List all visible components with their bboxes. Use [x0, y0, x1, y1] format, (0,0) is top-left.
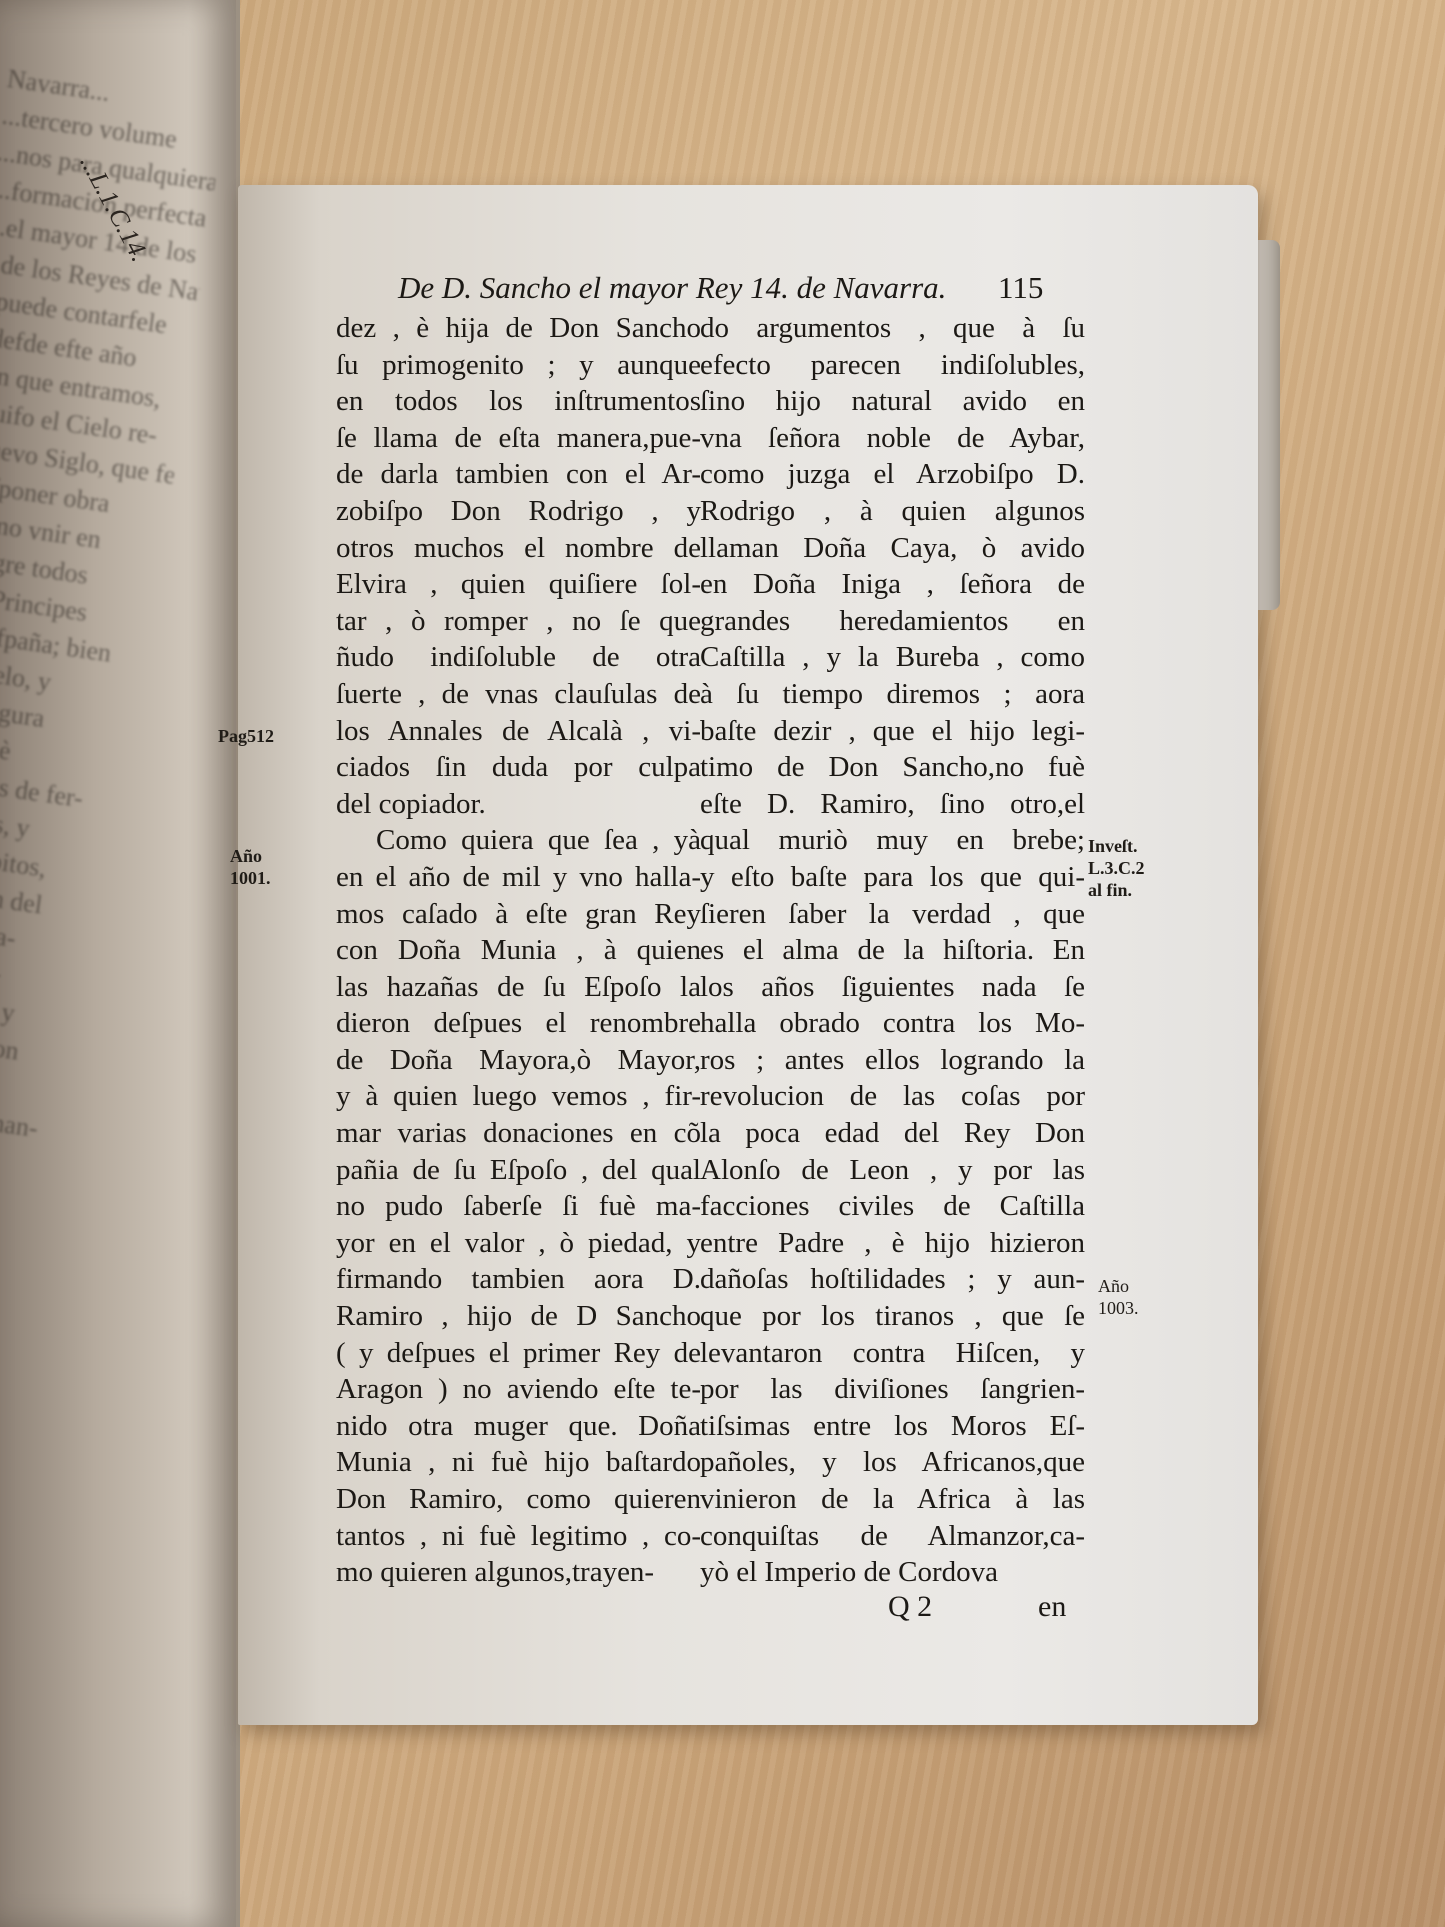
text-line: dez , è hija de Don Sancho [336, 310, 701, 347]
text-line: dieron deſpues el renombre [336, 1005, 701, 1042]
text-line: Munia , ni fuè hijo baſtardo [336, 1444, 701, 1481]
text-line: mar varias donaciones en cõ [336, 1115, 701, 1152]
text-line: los Annales de Alcalà , vi- [336, 713, 701, 750]
book-page-115: De D. Sancho el mayor Rey 14. de Navarra… [238, 185, 1258, 1725]
text-line: otros muchos el nombre de [336, 530, 701, 567]
text-line: de darla tambien con el Ar- [336, 456, 701, 493]
text-column-left: dez , è hija de Don Sanchoſu primogenito… [336, 310, 701, 1591]
text-line: levantaron contra Hiſcen, y [700, 1335, 1085, 1372]
text-line: ( y deſpues el primer Rey de [336, 1335, 701, 1372]
text-line: qual muriò muy en brebe; [700, 822, 1085, 859]
text-line: pañia de ſu Eſpoſo , del qual [336, 1152, 701, 1189]
text-line: la poca edad del Rey Don [700, 1115, 1085, 1152]
text-line: revolucion de las coſas por [700, 1078, 1085, 1115]
text-line: eſte D. Ramiro, ſino otro,el [700, 786, 1085, 823]
text-line: yor en el valor , ò piedad, y [336, 1225, 701, 1262]
text-line: facciones civiles de Caſtilla [700, 1188, 1085, 1225]
text-line: ñudo indiſoluble de otra [336, 639, 701, 676]
text-line: con Doña Munia , à quien [336, 932, 701, 969]
signature-mark: Q 2 [888, 1590, 932, 1624]
text-line: entre Padre , è hijo hizieron [700, 1225, 1085, 1262]
running-head: De D. Sancho el mayor Rey 14. de Navarra… [398, 270, 1298, 306]
text-line: que por los tiranos , que ſe [700, 1298, 1085, 1335]
text-line: pañoles, y los Africanos,que [700, 1444, 1085, 1481]
text-line: Aragon ) no aviendo eſte te- [336, 1371, 701, 1408]
margin-note-year-1003: Año 1003. [1098, 1275, 1139, 1319]
text-line: firmando tambien aora D. [336, 1261, 701, 1298]
text-line: baſte dezir , que el hijo legi- [700, 713, 1085, 750]
text-line: no pudo ſaberſe ſi fuè ma- [336, 1188, 701, 1225]
margin-note-invest: Inveſt. L.3.C.2 al fin. [1088, 835, 1145, 901]
text-line: llaman Doña Caya, ò avido [700, 530, 1085, 567]
text-line: grandes heredamientos en [700, 603, 1085, 640]
text-line: como juzga el Arzobiſpo D. [700, 456, 1085, 493]
text-line: ſino hijo natural avido en [700, 383, 1085, 420]
running-head-title: De D. Sancho el mayor Rey 14. de Navarra… [398, 270, 946, 305]
text-line: ſuerte , de vnas clauſulas de [336, 676, 701, 713]
text-line: tantos , ni fuè legitimo , co- [336, 1518, 701, 1555]
text-line: y eſto baſte para los que qui- [700, 859, 1085, 896]
page-number: 115 [998, 270, 1043, 306]
text-line: tiſsimas entre los Moros Eſ- [700, 1408, 1085, 1445]
text-line: en el año de mil y vno halla- [336, 859, 701, 896]
text-line: mo quieren algunos,trayen- [336, 1554, 701, 1591]
text-line: Como quiera que ſea , yà [336, 822, 701, 859]
text-line: de Doña Mayora,ò Mayor, [336, 1042, 701, 1079]
text-column-right: do argumentos , que à ſuefecto parecen i… [700, 310, 1085, 1591]
text-line: vinieron de la Africa à las [700, 1481, 1085, 1518]
left-facing-page: Navarra......tercero volume...nos para q… [0, 0, 240, 1927]
text-line: Caſtilla , y la Bureba , como [700, 639, 1085, 676]
text-line: efecto parecen indiſolubles, [700, 347, 1085, 384]
text-line: y à quien luego vemos , fir- [336, 1078, 701, 1115]
text-line: à ſu tiempo diremos ; aora [700, 676, 1085, 713]
text-line: ciados ſin duda por culpa [336, 749, 701, 786]
text-line: del copiador. [336, 786, 701, 823]
text-line: ſieren ſaber la verdad , que [700, 896, 1085, 933]
text-line: zobiſpo Don Rodrigo , y [336, 493, 701, 530]
text-line: timo de Don Sancho,no fuè [700, 749, 1085, 786]
text-line: tar , ò romper , no ſe que [336, 603, 701, 640]
text-line: Elvira , quien quiſiere ſol- [336, 566, 701, 603]
text-line: en Doña Iniga , ſeñora de [700, 566, 1085, 603]
text-line: ros ; antes ellos logrando la [700, 1042, 1085, 1079]
text-line: Rodrigo , à quien algunos [700, 493, 1085, 530]
text-line: nido otra muger que. Doña [336, 1408, 701, 1445]
text-line: por las diviſiones ſangrien- [700, 1371, 1085, 1408]
text-line: Alonſo de Leon , y por las [700, 1152, 1085, 1189]
catchword: en [1038, 1590, 1066, 1624]
text-line: los años ſiguientes nada ſe [700, 969, 1085, 1006]
text-line: ſe llama de eſta manera,pue- [336, 420, 701, 457]
margin-note-page-ref: Pag512 [218, 725, 274, 747]
text-line: Don Ramiro, como quieren [336, 1481, 701, 1518]
text-line: Ramiro , hijo de D Sancho [336, 1298, 701, 1335]
text-line: yò el Imperio de Cordova [700, 1554, 1085, 1591]
text-line: mos caſado à eſte gran Rey [336, 896, 701, 933]
text-line: halla obrado contra los Mo- [700, 1005, 1085, 1042]
text-line: las hazañas de ſu Eſpoſo la [336, 969, 701, 1006]
text-line: do argumentos , que à ſu [700, 310, 1085, 347]
text-line: vna ſeñora noble de Aybar, [700, 420, 1085, 457]
text-line: ſu primogenito ; y aunque [336, 347, 701, 384]
text-line: conquiſtas de Almanzor,ca- [700, 1518, 1085, 1555]
text-line: dañoſas hoſtilidades ; y aun- [700, 1261, 1085, 1298]
text-line: en todos los inſtrumentos [336, 383, 701, 420]
margin-note-year-1001: Año 1001. [230, 845, 271, 889]
text-line: es el alma de la hiſtoria. En [700, 932, 1085, 969]
